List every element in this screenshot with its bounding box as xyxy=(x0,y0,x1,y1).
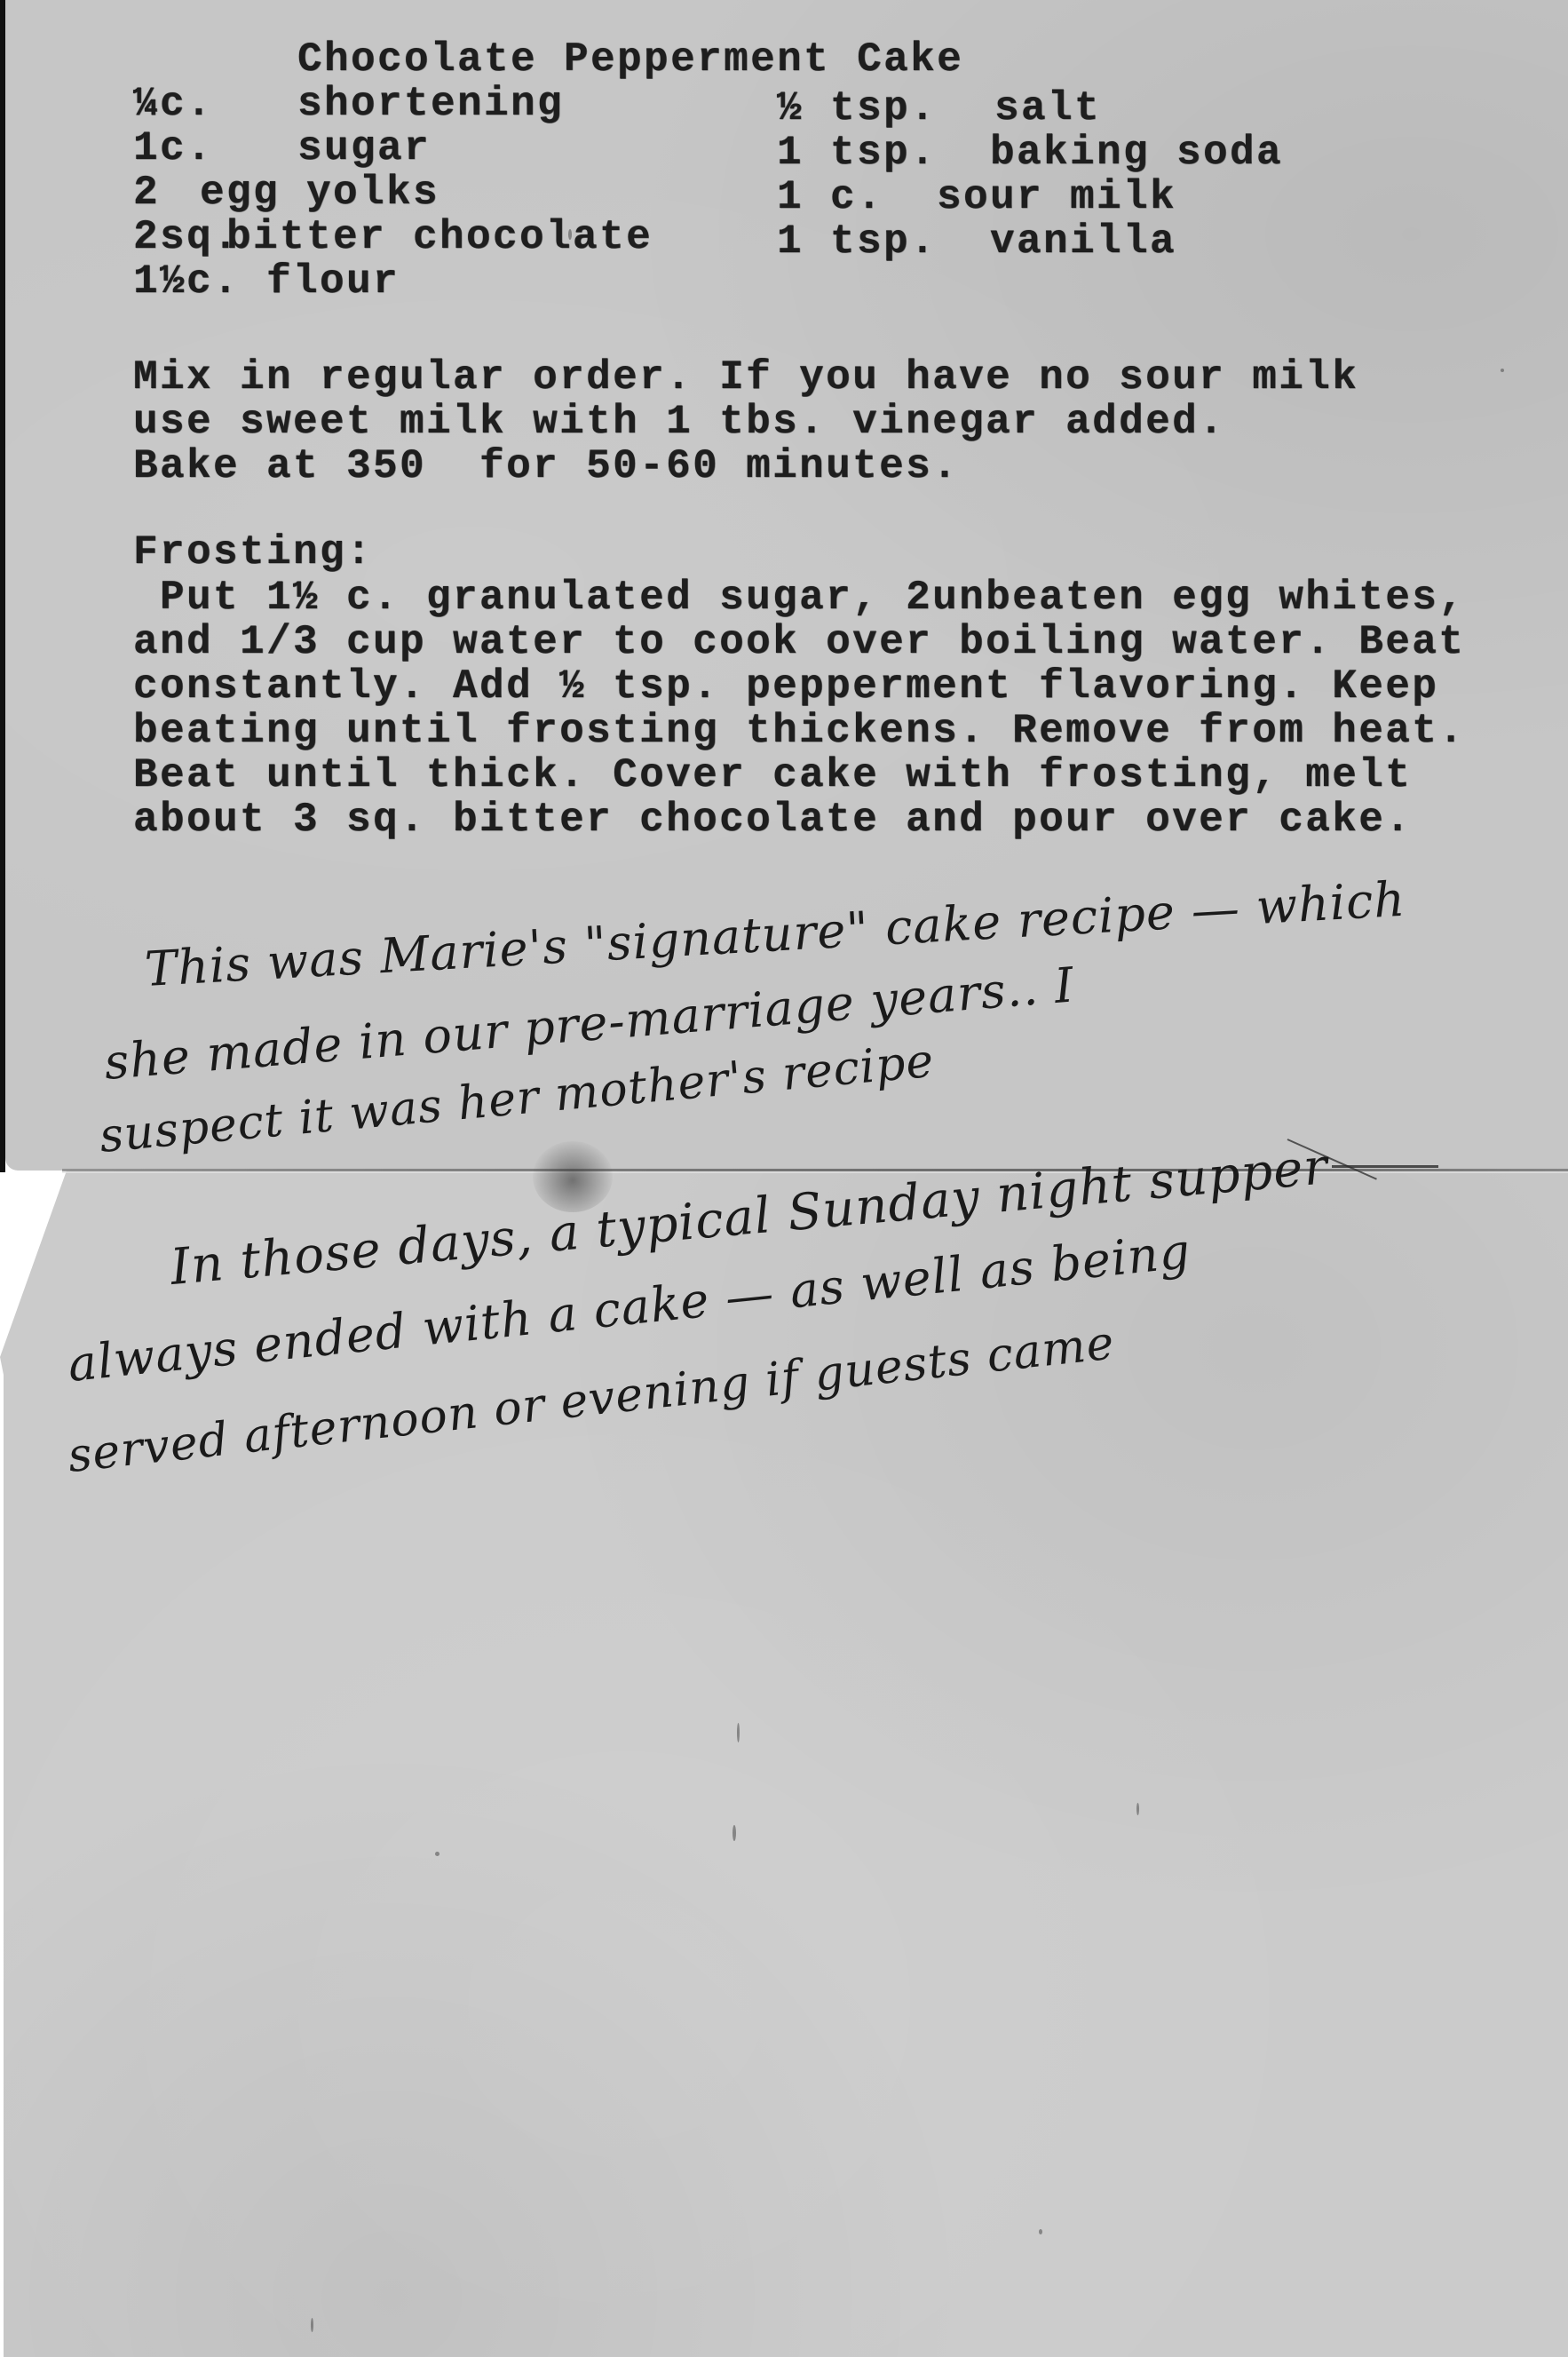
ingredient-name: flour xyxy=(266,259,400,304)
ingredient-name: baking soda xyxy=(990,131,1283,175)
ingredient-qty: 2 xyxy=(133,171,160,215)
frosting-line: Beat until thick. Cover cake with frosti… xyxy=(133,753,1412,798)
torn-corner xyxy=(0,1171,67,1339)
paper-speck xyxy=(1501,369,1504,372)
paper-speck xyxy=(1136,1803,1139,1815)
frosting-line: about 3 sq. bitter chocolate and pour ov… xyxy=(133,798,1412,842)
ingredient-name: bitter chocolate xyxy=(226,215,653,259)
recipe-title: Chocolate Pepperment Cake xyxy=(297,37,963,82)
instruction-line: Bake at 350 for 50-60 minutes. xyxy=(133,444,959,488)
ingredient-name: vanilla xyxy=(990,219,1176,264)
paper-speck xyxy=(737,1723,740,1742)
frosting-heading: Frosting: xyxy=(133,530,373,575)
ingredient-name: egg yolks xyxy=(200,171,440,215)
ingredient-qty: ½ tsp. xyxy=(777,86,937,131)
paper-speck xyxy=(311,2318,313,2332)
fold-crease-highlight xyxy=(62,1171,1568,1173)
ingredient-qty: ¼c. xyxy=(133,82,213,126)
ingredient-qty: 2sq. xyxy=(133,215,240,259)
ingredient-name: sugar xyxy=(297,126,431,171)
ingredient-qty: 1 c. xyxy=(777,175,883,219)
paper-speck xyxy=(1039,2229,1042,2234)
paper-speck xyxy=(733,1825,736,1841)
instruction-line: Mix in regular order. If you have no sou… xyxy=(133,355,1358,400)
paper-crack xyxy=(1332,1165,1438,1168)
frosting-line: and 1/3 cup water to cook over boiling w… xyxy=(133,620,1465,664)
ingredient-qty: 1 tsp. xyxy=(777,219,937,264)
paper-speck xyxy=(435,1852,440,1856)
ingredient-qty: 1c. xyxy=(133,126,213,171)
frosting-line: constantly. Add ½ tsp. pepperment flavor… xyxy=(133,664,1438,709)
ingredient-name: shortening xyxy=(297,82,564,126)
ingredient-qty: 1 tsp. xyxy=(777,131,937,175)
ingredient-name: salt xyxy=(994,86,1101,131)
scan-edge xyxy=(0,0,5,1172)
instruction-line: use sweet milk with 1 tbs. vinegar added… xyxy=(133,400,1225,444)
ingredient-qty: 1½c. xyxy=(133,259,240,304)
ingredient-name: sour milk xyxy=(937,175,1176,219)
frosting-line: Put 1½ c. granulated sugar, 2unbeaten eg… xyxy=(133,575,1465,620)
frosting-line: beating until frosting thickens. Remove … xyxy=(133,709,1465,753)
